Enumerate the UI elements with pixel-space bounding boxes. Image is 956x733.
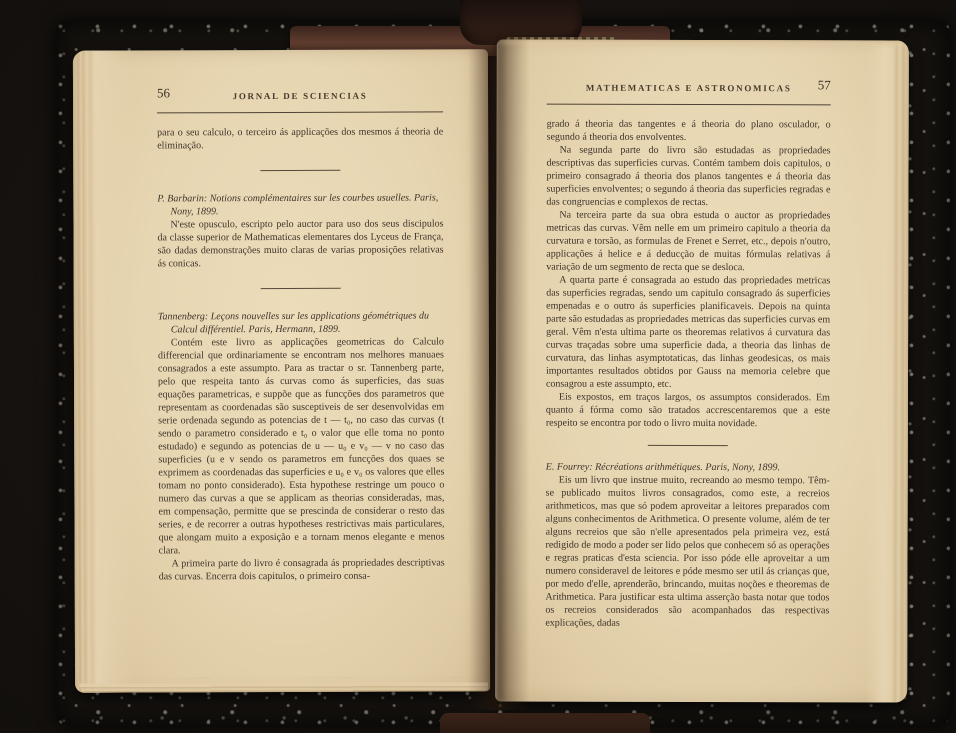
page-right-header: MATHEMATICAS E ASTRONOMICAS 57 [547,82,831,106]
paragraph-tannenberg-review: Contém este livro as applicações geometr… [158,335,445,557]
paragraph-continuation: grado á theoria das tangentes e á theori… [547,118,831,145]
paragraph-summary: Eis expostos, em traços largos, os assum… [546,391,830,431]
section-divider [260,170,340,171]
page-left-header: 56 JORNAL DE SCIENCIAS [157,89,443,113]
page-number-left: 56 [157,86,170,99]
paragraph-second-part: Na segunda parte do livro são estudadas … [546,144,830,210]
citation-barbarin: P. Barbarin: Notions complémentaires sur… [157,191,443,218]
citation-fourrey: E. Fourrey: Récréations arithmétiques. P… [546,461,830,475]
running-title-left: JORNAL DE SCIENCIAS [233,91,368,101]
page-left-text-column: 56 JORNAL DE SCIENCIAS para o seu calcul… [157,89,445,583]
page-right: MATHEMATICAS E ASTRONOMICAS 57 grado á t… [495,39,909,702]
paragraph-continuation: para o seu calculo, o terceiro ás applic… [157,125,443,152]
paragraph-third-part: Na terceira parte da sua obra estuda o a… [546,209,830,275]
open-book-scan: 56 JORNAL DE SCIENCIAS para o seu calcul… [0,0,956,733]
section-divider [261,288,341,289]
page-number-right: 57 [818,78,831,91]
paragraph-fourrey-review: Eis um livro que instrue muito, recreand… [545,474,829,631]
page-right-text-column: MATHEMATICAS E ASTRONOMICAS 57 grado á t… [545,82,830,631]
paragraph-tannenberg-review-2: A primeira parte do livro é consagrada á… [159,556,445,583]
page-left: 56 JORNAL DE SCIENCIAS para o seu calcul… [73,49,490,692]
citation-tannenberg: Tannenberg: Leçons nouvelles sur les app… [158,309,444,336]
paragraph-fourth-part: A quarta parte é consagrada ao estudo da… [546,274,830,392]
book-spine-leather-bottom [440,713,650,733]
running-title-right: MATHEMATICAS E ASTRONOMICAS [586,83,792,94]
section-divider [648,445,728,446]
paragraph-barbarin-review: N'este opusculo, escripto pelo auctor pa… [157,217,443,270]
